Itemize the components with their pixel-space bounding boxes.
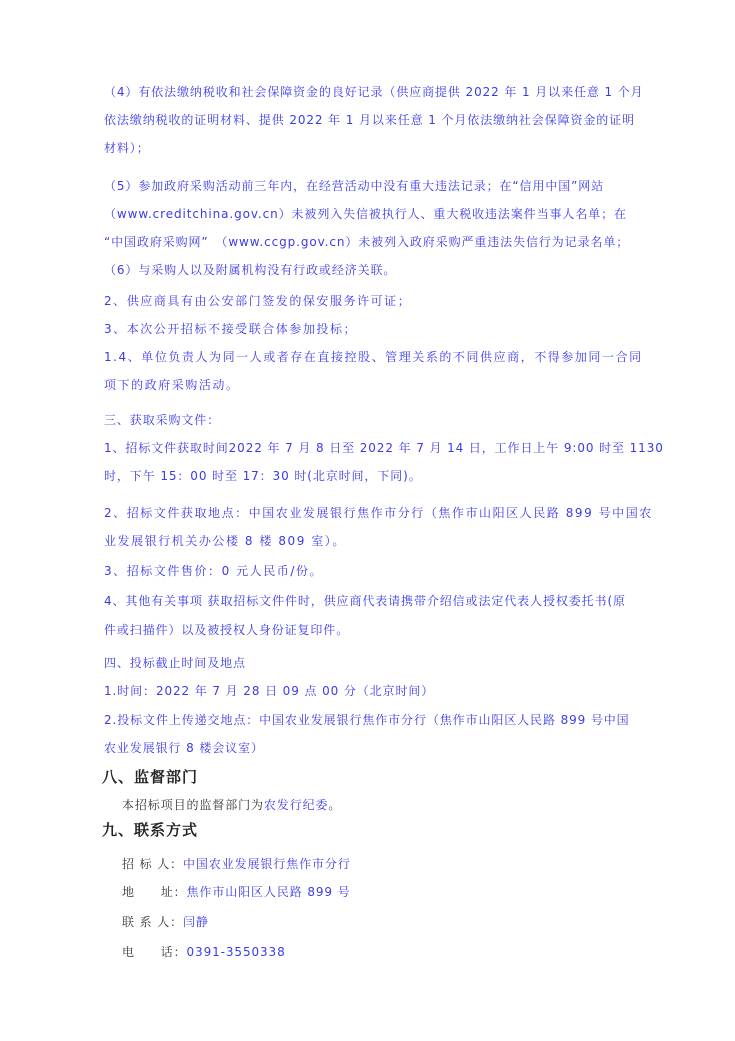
supervision-prefix: 本招标项目的监督部门为: [122, 798, 264, 812]
section-3-title: 三、获取采购文件：: [104, 412, 220, 428]
requirement-5-line-1: （5）参加政府采购活动前三年内，在经营活动中没有重大违法记录；在“信用中国”网站: [104, 178, 604, 194]
contact-label: 招 标 人：: [122, 856, 183, 872]
section-3-item-4-line-1: 4、其他有关事项 获取招标文件件时，供应商代表请携带介绍信或法定代表人授权委托书…: [104, 593, 626, 609]
supervision-department: 农发行纪委: [264, 798, 329, 812]
contact-phone: 电 话：0391-3550338: [122, 944, 286, 960]
section-4-item-2-line-1: 2.投标文件上传递交地点：中国农业发展银行焦作市分行（焦作市山阳区人民路 899…: [104, 712, 630, 728]
supervision-suffix: 。: [328, 798, 341, 812]
section-3-item-3: 3、招标文件售价：0 元人民币/份。: [104, 563, 323, 579]
section-3-item-2-line-2: 业发展银行机关办公楼 8 楼 809 室）。: [104, 533, 346, 549]
requirement-4-line-1: （4）有依法缴纳税收和社会保障资金的良好记录（供应商提供 2022 年 1 月以…: [104, 84, 644, 100]
contact-value: 0391-3550338: [187, 945, 286, 959]
section-3-item-2-line-1: 2、招标文件获取地点：中国农业发展银行焦作市分行（焦作市山阳区人民路 899 号…: [104, 505, 653, 521]
requirement-1-4-line-2: 项下的政府采购活动。: [104, 377, 240, 393]
section-4-title: 四、投标截止时间及地点: [104, 655, 246, 671]
section-3-item-1-line-1: 1、招标文件获取时间2022 年 7 月 8 日至 2022 年 7 月 14 …: [104, 440, 664, 456]
contact-address: 地 址：焦作市山阳区人民路 899 号: [122, 884, 351, 900]
contact-label: 电 话：: [122, 944, 187, 960]
document-page: （4）有依法缴纳税收和社会保障资金的良好记录（供应商提供 2022 年 1 月以…: [0, 0, 735, 1041]
section-3-item-4-line-2: 件或扫描件）以及被授权人身份证复印件。: [104, 622, 349, 638]
section-3-item-1-line-2: 时，下午 15：00 时至 17：30 时(北京时间，下同)。: [104, 468, 422, 484]
requirement-6: （6）与采购人以及附属机构没有行政或经济关联。: [104, 262, 396, 278]
contact-label: 联 系 人：: [122, 914, 183, 930]
requirement-4-line-3: 材料）；: [104, 140, 150, 156]
section-8-heading: 八、监督部门: [102, 767, 198, 787]
contact-value: 焦作市山阳区人民路 899 号: [187, 885, 351, 899]
requirement-1-4-line-1: 1.4、单位负责人为同一人或者存在直接控股、管理关系的不同供应商，不得参加同一合…: [104, 349, 643, 365]
section-9-heading: 九、联系方式: [102, 820, 198, 840]
section-8-body: 本招标项目的监督部门为农发行纪委。: [122, 797, 341, 813]
contact-value: 闫静: [183, 915, 209, 929]
requirement-5-line-3: “中国政府采购网” （www.ccgp.gov.cn）未被列入政府采购严重违法失…: [104, 234, 629, 250]
contact-value: 中国农业发展银行焦作市分行: [183, 857, 351, 871]
contact-label: 地 址：: [122, 884, 187, 900]
requirement-4-line-2: 依法缴纳税收的证明材料、提供 2022 年 1 月以来任意 1 个月依法缴纳社会…: [104, 112, 635, 128]
requirement-security-license: 2、供应商具有由公安部门签发的保安服务许可证；: [104, 293, 411, 309]
requirement-5-line-2: （www.creditchina.gov.cn）未被列入失信被执行人、重大税收违…: [104, 206, 627, 222]
requirement-no-consortium: 3、本次公开招标不接受联合体参加投标；: [104, 321, 357, 337]
contact-person: 联 系 人：闫静: [122, 914, 209, 930]
contact-tenderer: 招 标 人：中国农业发展银行焦作市分行: [122, 856, 351, 872]
section-4-item-2-line-2: 农业发展银行 8 楼会议室）: [104, 740, 264, 756]
section-4-item-1: 1.时间：2022 年 7 月 28 日 09 点 00 分（北京时间）: [104, 683, 434, 699]
